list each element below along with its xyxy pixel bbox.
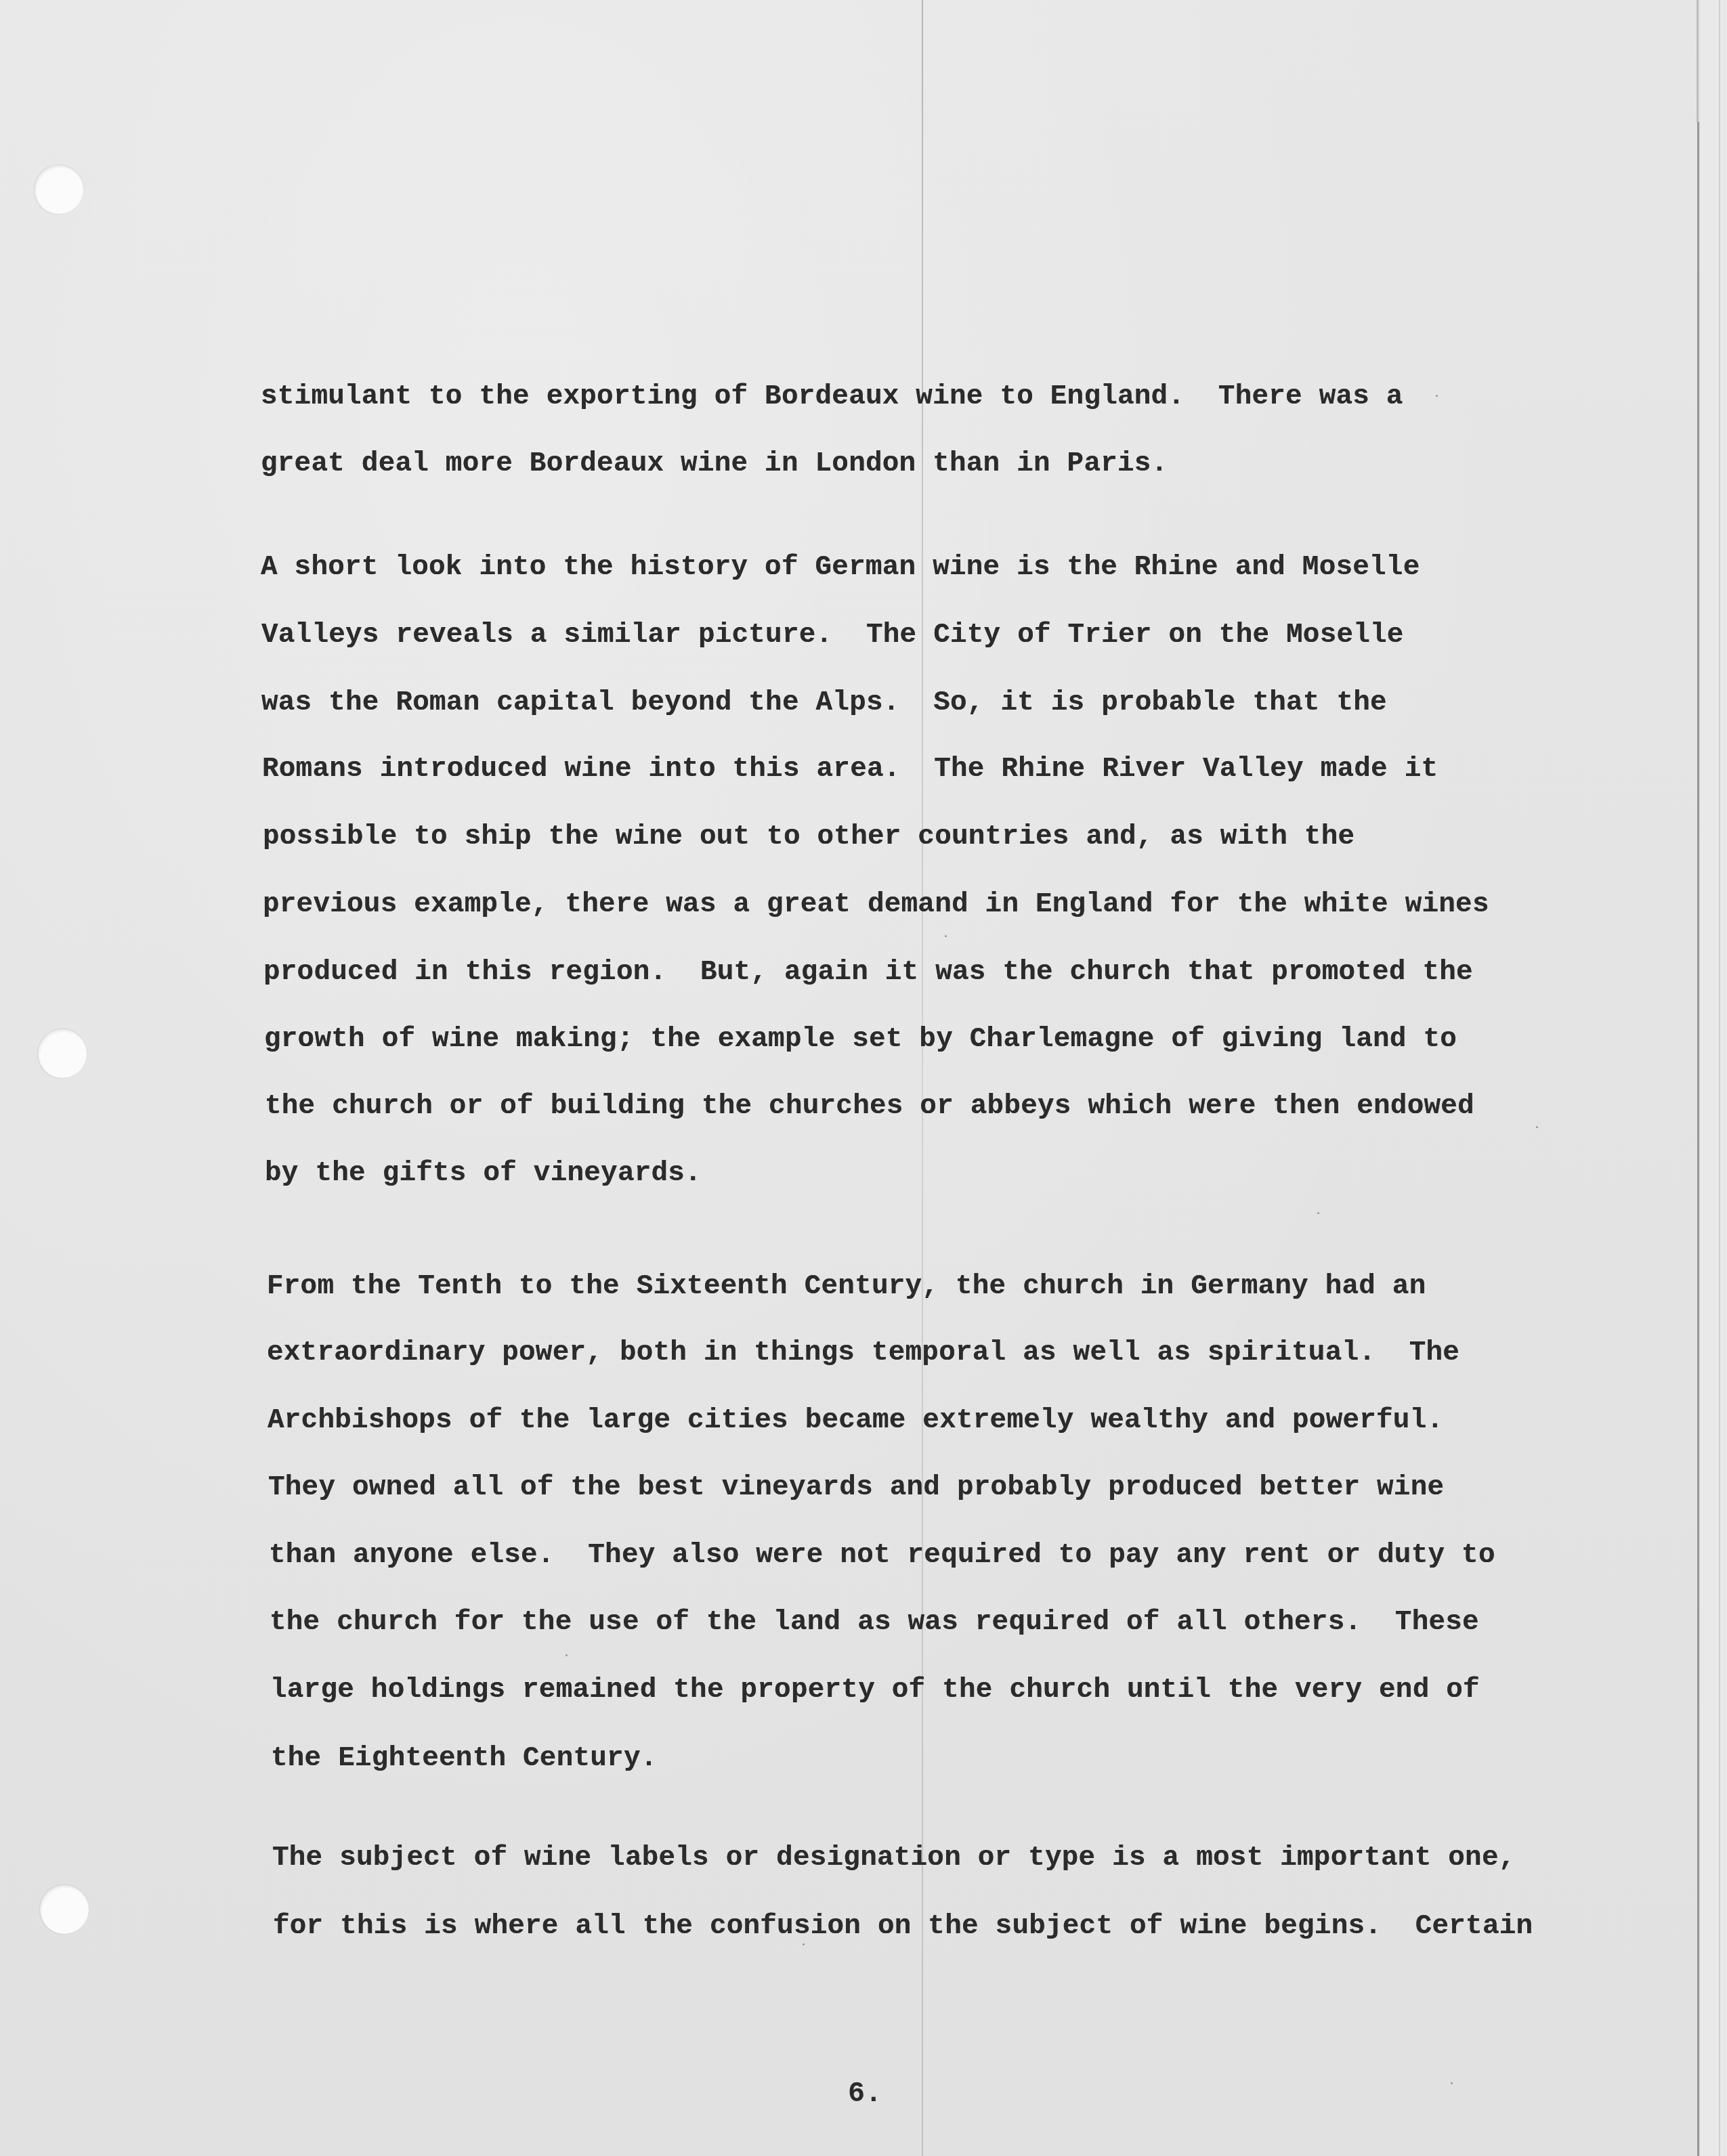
text-line: From the Tenth to the Sixteenth Century,… [267,1273,1426,1301]
text-line: the church or of building the churches o… [265,1093,1474,1121]
punch-hole-middle [38,1029,87,1078]
text-line: They owned all of the best vineyards and… [268,1474,1444,1502]
scan-speck [1451,2082,1453,2084]
scan-speck [945,935,947,937]
punch-hole-top [35,165,83,214]
text-line: large holdings remained the property of … [270,1677,1480,1704]
text-line: The subject of wine labels or designatio… [272,1845,1516,1872]
punch-hole-bottom [40,1885,89,1934]
scan-speck [803,1943,805,1945]
page-edge-line-top [1697,0,1699,122]
page-number: 6. [848,2077,882,2110]
scan-speck [1436,395,1438,397]
text-line: Romans introduced wine into this area. T… [262,756,1438,783]
text-line: extraordinary power, both in things temp… [267,1339,1459,1367]
text-line: produced in this region. But, again it w… [263,959,1473,987]
text-line: possible to ship the wine out to other c… [263,823,1355,851]
text-line: by the gifts of vineyards. [265,1160,702,1188]
text-line: Archbishops of the large cities became e… [268,1407,1443,1435]
text-line: previous example, there was a great dema… [263,891,1489,919]
paper-page [0,0,1727,2156]
text-line: A short look into the history of German … [261,554,1420,582]
text-line: great deal more Bordeaux wine in London … [261,450,1168,478]
fold-line [922,0,923,2156]
text-line: the Eighteenth Century. [271,1745,658,1773]
page-edge-strip [1699,0,1727,2156]
text-line: Valleys reveals a similar picture. The C… [261,622,1404,649]
scan-speck [1536,1126,1538,1128]
scan-speck [1317,1212,1319,1214]
text-line: growth of wine making; the example set b… [264,1026,1457,1054]
text-line: stimulant to the exporting of Bordeaux w… [261,383,1403,411]
text-line: was the Roman capital beyond the Alps. S… [261,689,1387,717]
text-line: for this is where all the confusion on t… [273,1913,1533,1941]
text-line: the church for the use of the land as wa… [270,1609,1479,1637]
scan-speck [566,1654,568,1656]
text-line: than anyone else. They also were not req… [269,1542,1495,1570]
